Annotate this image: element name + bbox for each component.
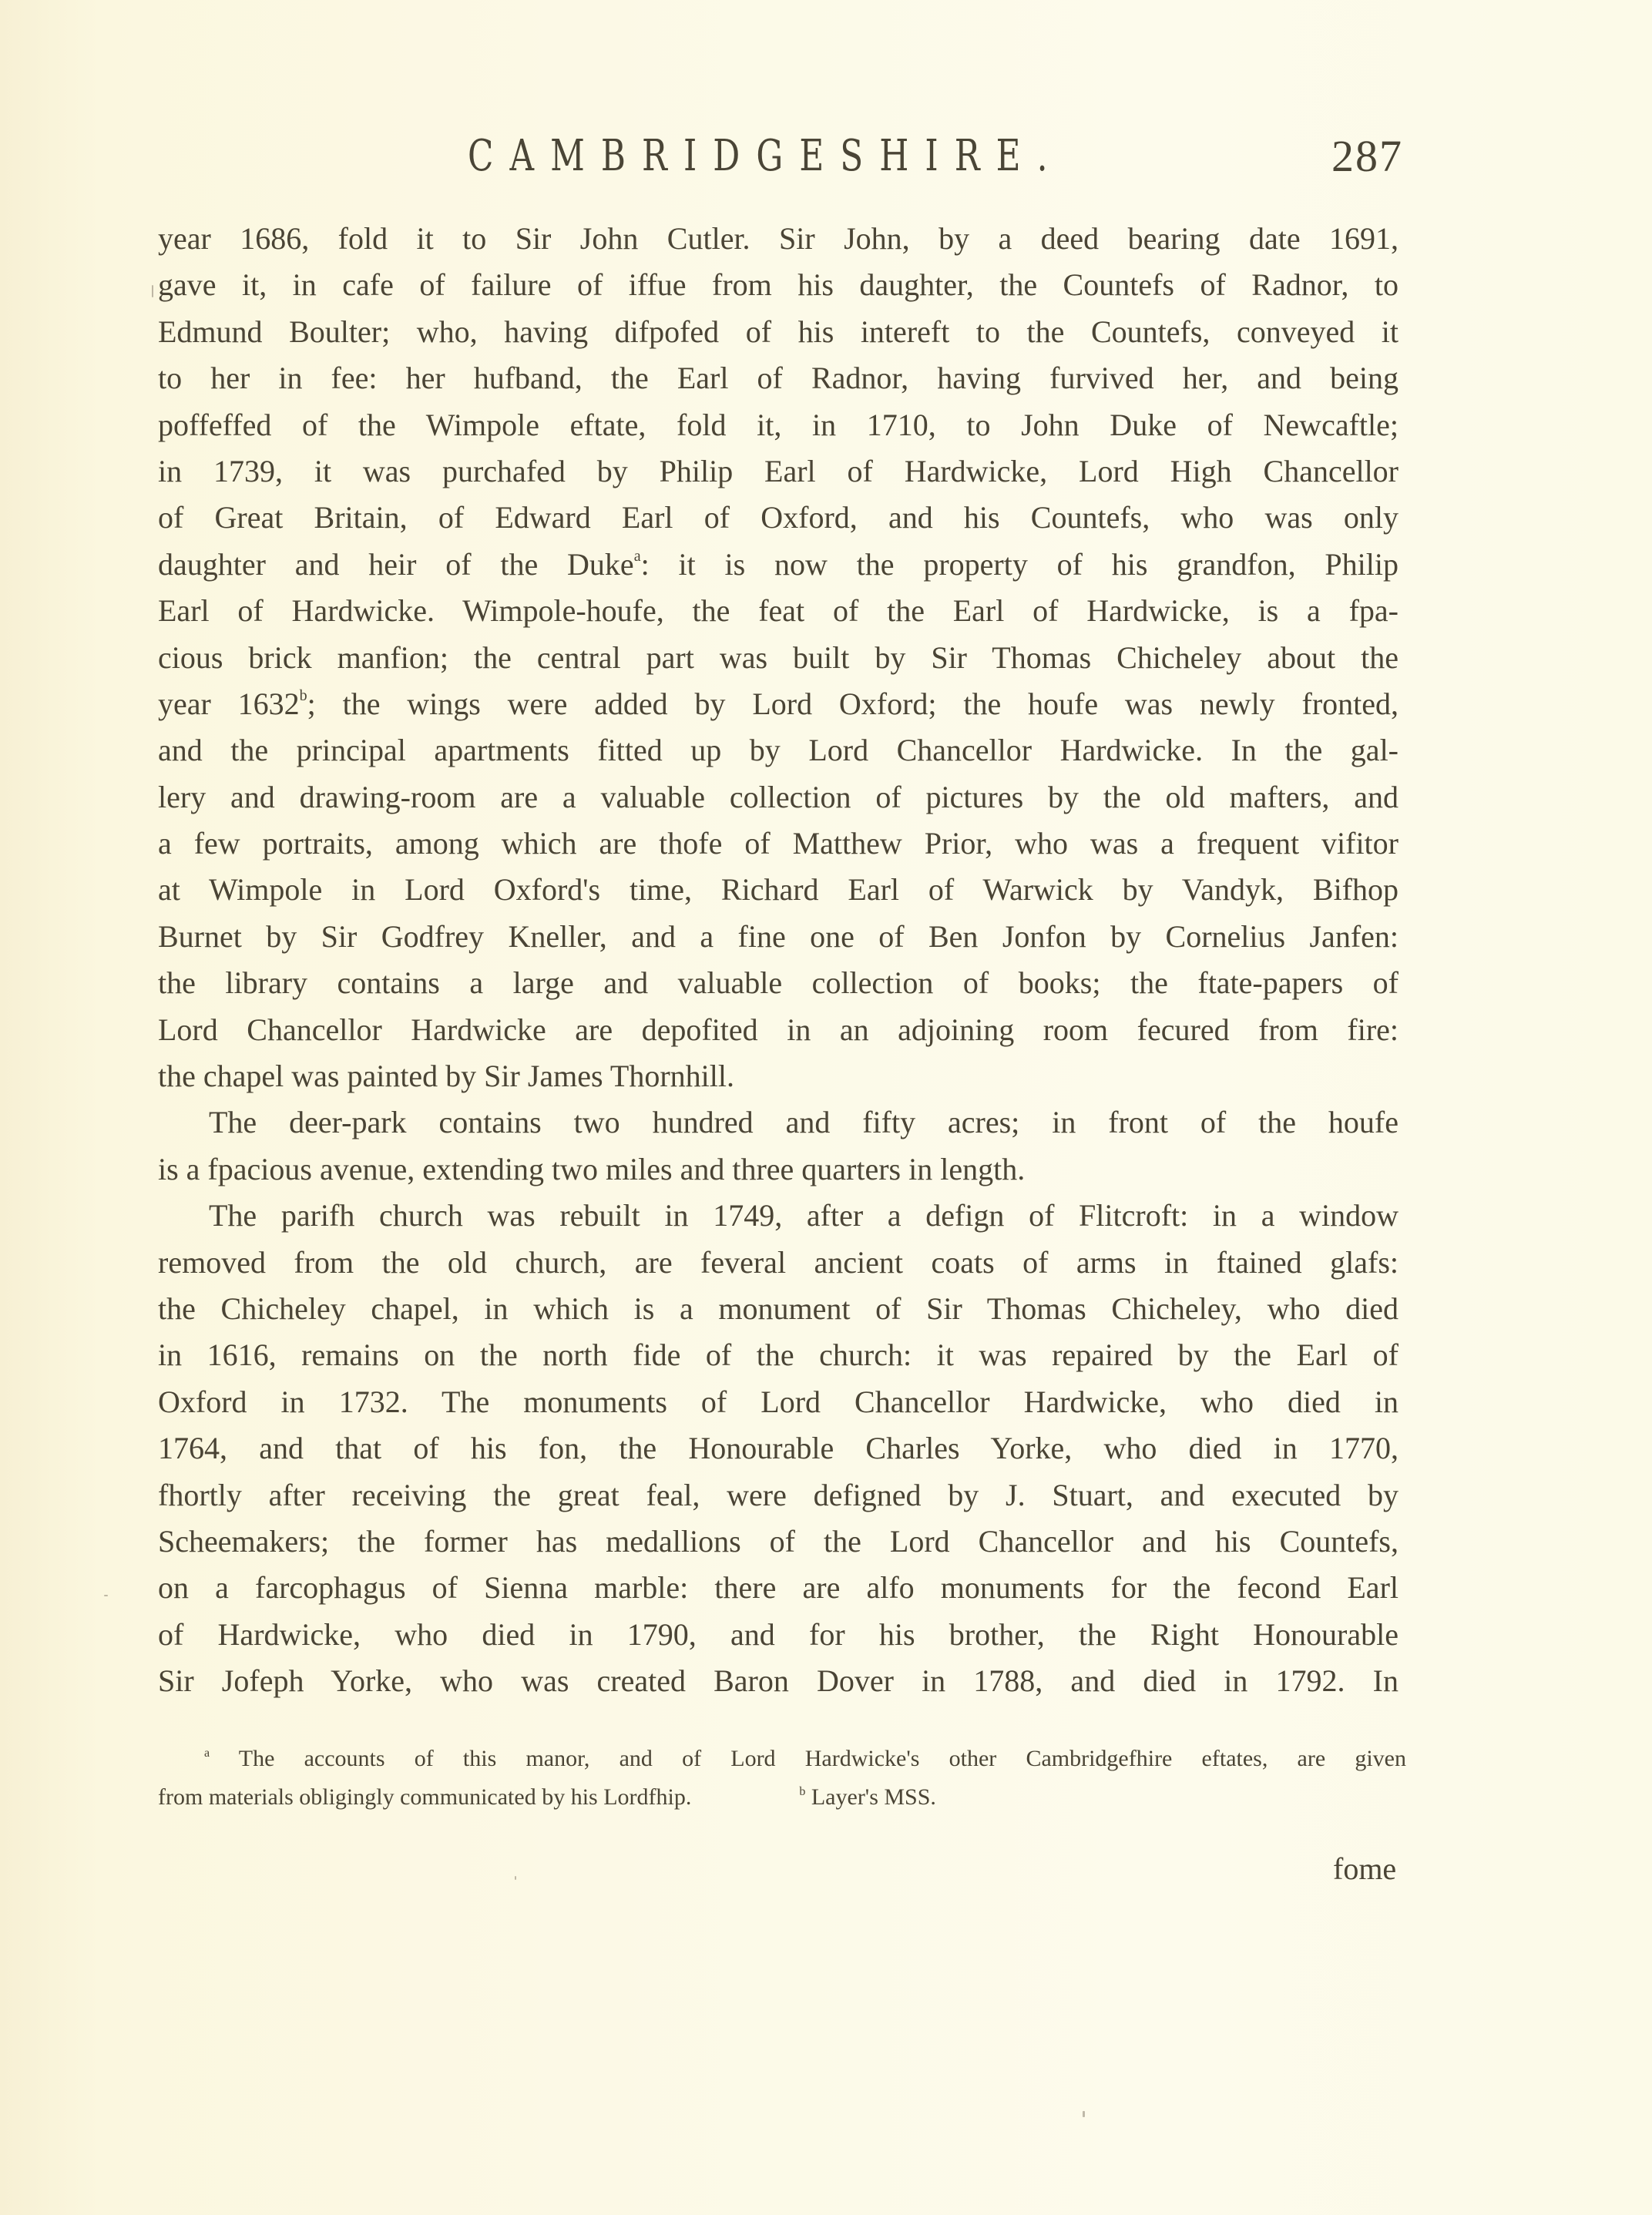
- paper-speck: [515, 1876, 516, 1880]
- text-line: fhortly after receiving the great feal, …: [158, 1472, 1398, 1519]
- text-line-paragraph-start: The parifh church was rebuilt in 1749, a…: [158, 1193, 1398, 1239]
- footnote-b-text: Layer's MSS.: [811, 1784, 936, 1810]
- text-segment: year 1632: [158, 686, 300, 721]
- text-line: the Chicheley chapel, in which is a monu…: [158, 1286, 1398, 1332]
- text-line: and the principal apartments fitted up b…: [158, 727, 1398, 774]
- footnote-a-continued: from materials obligingly communicated b…: [158, 1778, 1406, 1817]
- text-line: Edmund Boulter; who, having difpofed of …: [158, 309, 1398, 355]
- text-segment: : it is now the property of his grandfon…: [641, 547, 1398, 582]
- footnote-marker-b: b: [799, 1785, 805, 1798]
- text-line-paragraph-start: The deer-park contains two hundred and f…: [158, 1099, 1398, 1146]
- text-line: poffeffed of the Wimpole eftate, fold it…: [158, 402, 1398, 448]
- text-line: in 1739, it was purchafed by Philip Earl…: [158, 448, 1398, 495]
- footnote-marker-a: a: [204, 1747, 210, 1760]
- text-line: lery and drawing-room are a valuable col…: [158, 774, 1398, 821]
- text-line: removed from the old church, are feveral…: [158, 1240, 1398, 1286]
- footnote-a-text-line1: The accounts of this manor, and of Lord …: [239, 1746, 1406, 1771]
- text-line: Scheemakers; the former has medallions o…: [158, 1519, 1398, 1565]
- text-line: Burnet by Sir Godfrey Kneller, and a fin…: [158, 914, 1398, 960]
- text-line: on a farcophagus of Sienna marble: there…: [158, 1565, 1398, 1611]
- footnote-a-text-line2: from materials obligingly communicated b…: [158, 1784, 691, 1810]
- text-line: 1764, and that of his fon, the Honourabl…: [158, 1425, 1398, 1472]
- text-line: a few portraits, among which are thofe o…: [158, 821, 1398, 867]
- text-line: at Wimpole in Lord Oxford's time, Richar…: [158, 867, 1398, 913]
- footnote-ref-b[interactable]: b: [300, 687, 307, 704]
- paper-speck: [152, 285, 153, 297]
- text-line: is a fpacious avenue, extending two mile…: [158, 1146, 1398, 1193]
- text-line: Oxford in 1732. The monuments of Lord Ch…: [158, 1379, 1398, 1425]
- text-line: of Hardwicke, who died in 1790, and for …: [158, 1612, 1398, 1658]
- text-line: in 1616, remains on the north fide of th…: [158, 1332, 1398, 1378]
- footnote-a: a The accounts of this manor, and of Lor…: [158, 1740, 1406, 1778]
- text-line: of Great Britain, of Edward Earl of Oxfo…: [158, 495, 1398, 541]
- text-line: gave it, in cafe of failure of iffue fro…: [158, 262, 1398, 308]
- text-line-with-footnote-ref: daughter and heir of the Dukea: it is no…: [158, 542, 1398, 588]
- text-line: to her in fee: her hufband, the Earl of …: [158, 355, 1398, 401]
- text-line: cious brick manfion; the central part wa…: [158, 635, 1398, 681]
- main-text: year 1686, fold it to Sir John Cutler. S…: [158, 216, 1398, 1705]
- running-title: CAMBRIDGESHIRE.: [468, 129, 949, 183]
- catchword: fome: [1333, 1848, 1396, 1891]
- text-line: the chapel was painted by Sir James Thor…: [158, 1053, 1398, 1099]
- footnotes: a The accounts of this manor, and of Lor…: [158, 1740, 1406, 1817]
- text-segment: daughter and heir of the Duke: [158, 547, 634, 582]
- text-line: year 1686, fold it to Sir John Cutler. S…: [158, 216, 1398, 262]
- text-line-with-footnote-ref: year 1632b; the wings were added by Lord…: [158, 681, 1398, 727]
- text-line: Lord Chancellor Hardwicke are depofited …: [158, 1007, 1398, 1053]
- book-page: CAMBRIDGESHIRE. 287 year 1686, fold it t…: [0, 0, 1652, 2215]
- text-line: Earl of Hardwicke. Wimpole-houfe, the fe…: [158, 588, 1398, 634]
- text-line: the library contains a large and valuabl…: [158, 960, 1398, 1006]
- footnote-ref-a[interactable]: a: [634, 548, 641, 565]
- text-segment: ; the wings were added by Lord Oxford; t…: [307, 686, 1398, 721]
- paper-speck: [1083, 2111, 1085, 2117]
- text-line: Sir Jofeph Yorke, who was created Baron …: [158, 1658, 1398, 1704]
- page-number: 287: [1331, 129, 1403, 183]
- paper-speck: [104, 1595, 108, 1596]
